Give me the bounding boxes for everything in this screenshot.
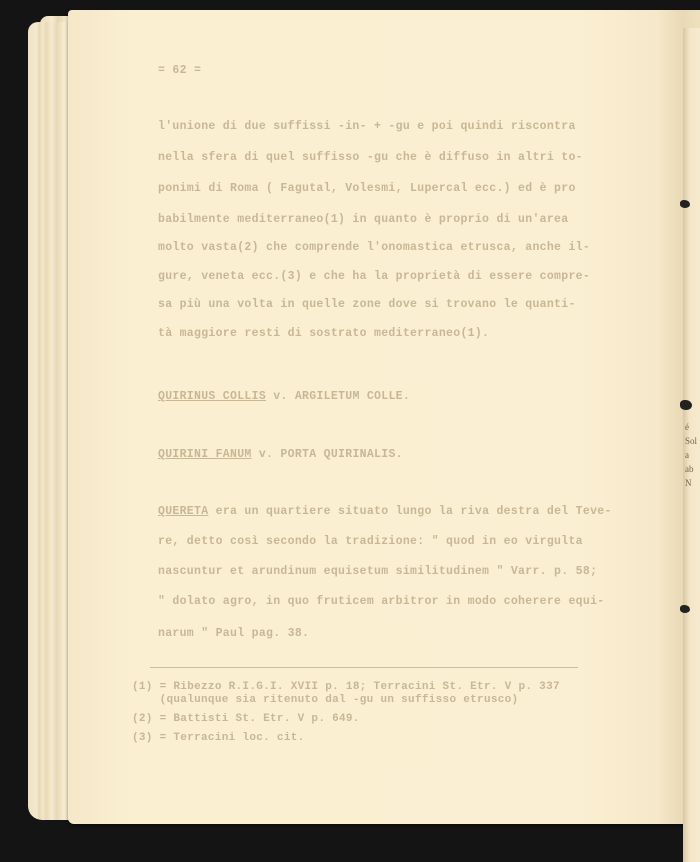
- body-line: l'unione di due suffissi -in- + -gu e po…: [158, 120, 576, 133]
- entry-line: re, detto così secondo la tradizione: " …: [158, 535, 583, 548]
- body-line: gure, veneta ecc.(3) e che ha la proprie…: [158, 270, 590, 283]
- entry-line: narum " Paul pag. 38.: [158, 627, 309, 640]
- body-line: babilmente mediterraneo(1) in quanto è p…: [158, 213, 568, 226]
- entry-line: QUERETA era un quartiere situato lungo l…: [158, 505, 612, 518]
- margin-handwriting: é Sol a ab N: [685, 420, 700, 490]
- body-line: ponimi di Roma ( Fagutal, Volesmi, Luper…: [158, 182, 576, 195]
- body-line: nella sfera di quel suffisso -gu che è d…: [158, 151, 583, 164]
- margin-note-line: ab: [685, 462, 700, 476]
- body-line: molto vasta(2) che comprende l'onomastic…: [158, 241, 590, 254]
- footnote-line: (3) = Terracini loc. cit.: [132, 732, 305, 744]
- entry-line: nascuntur et arundinum equisetum similit…: [158, 565, 597, 578]
- footnote-line: (qualunque sia ritenuto dal -gu un suffi…: [132, 694, 518, 706]
- margin-note-line: N: [685, 476, 700, 490]
- footnote-line: (1) = Ribezzo R.I.G.I. XVII p. 18; Terra…: [132, 681, 560, 693]
- footnote-divider: [150, 667, 578, 668]
- cross-ref-term: QUIRINUS COLLIS: [158, 390, 266, 403]
- binding-hole-icon: [680, 400, 692, 410]
- entry-text: era un quartiere situato lungo la riva d…: [216, 505, 612, 518]
- cross-reference: QUIRINUS COLLIS v. ARGILETUM COLLE.: [158, 390, 410, 403]
- margin-note-line: é: [685, 420, 700, 434]
- body-line: tà maggiore resti di sostrato mediterran…: [158, 327, 489, 340]
- cross-ref-term: QUIRINI FANUM: [158, 448, 252, 461]
- binding-hole-icon: [680, 605, 690, 613]
- body-line: sa più una volta in quelle zone dove si …: [158, 298, 576, 311]
- footnote-line: (2) = Battisti St. Etr. V p. 649.: [132, 713, 360, 725]
- entry-headword: QUERETA: [158, 505, 208, 518]
- cross-ref-target: v. ARGILETUM COLLE.: [273, 390, 410, 403]
- cross-reference: QUIRINI FANUM v. PORTA QUIRINALIS.: [158, 448, 403, 461]
- margin-note-line: Sol: [685, 434, 700, 448]
- cross-ref-target: v. PORTA QUIRINALIS.: [259, 448, 403, 461]
- binding-hole-icon: [680, 200, 690, 208]
- page-number: = 62 =: [158, 64, 201, 77]
- entry-line: " dolato agro, in quo fruticem arbitror …: [158, 595, 604, 608]
- margin-note-line: a: [685, 448, 700, 462]
